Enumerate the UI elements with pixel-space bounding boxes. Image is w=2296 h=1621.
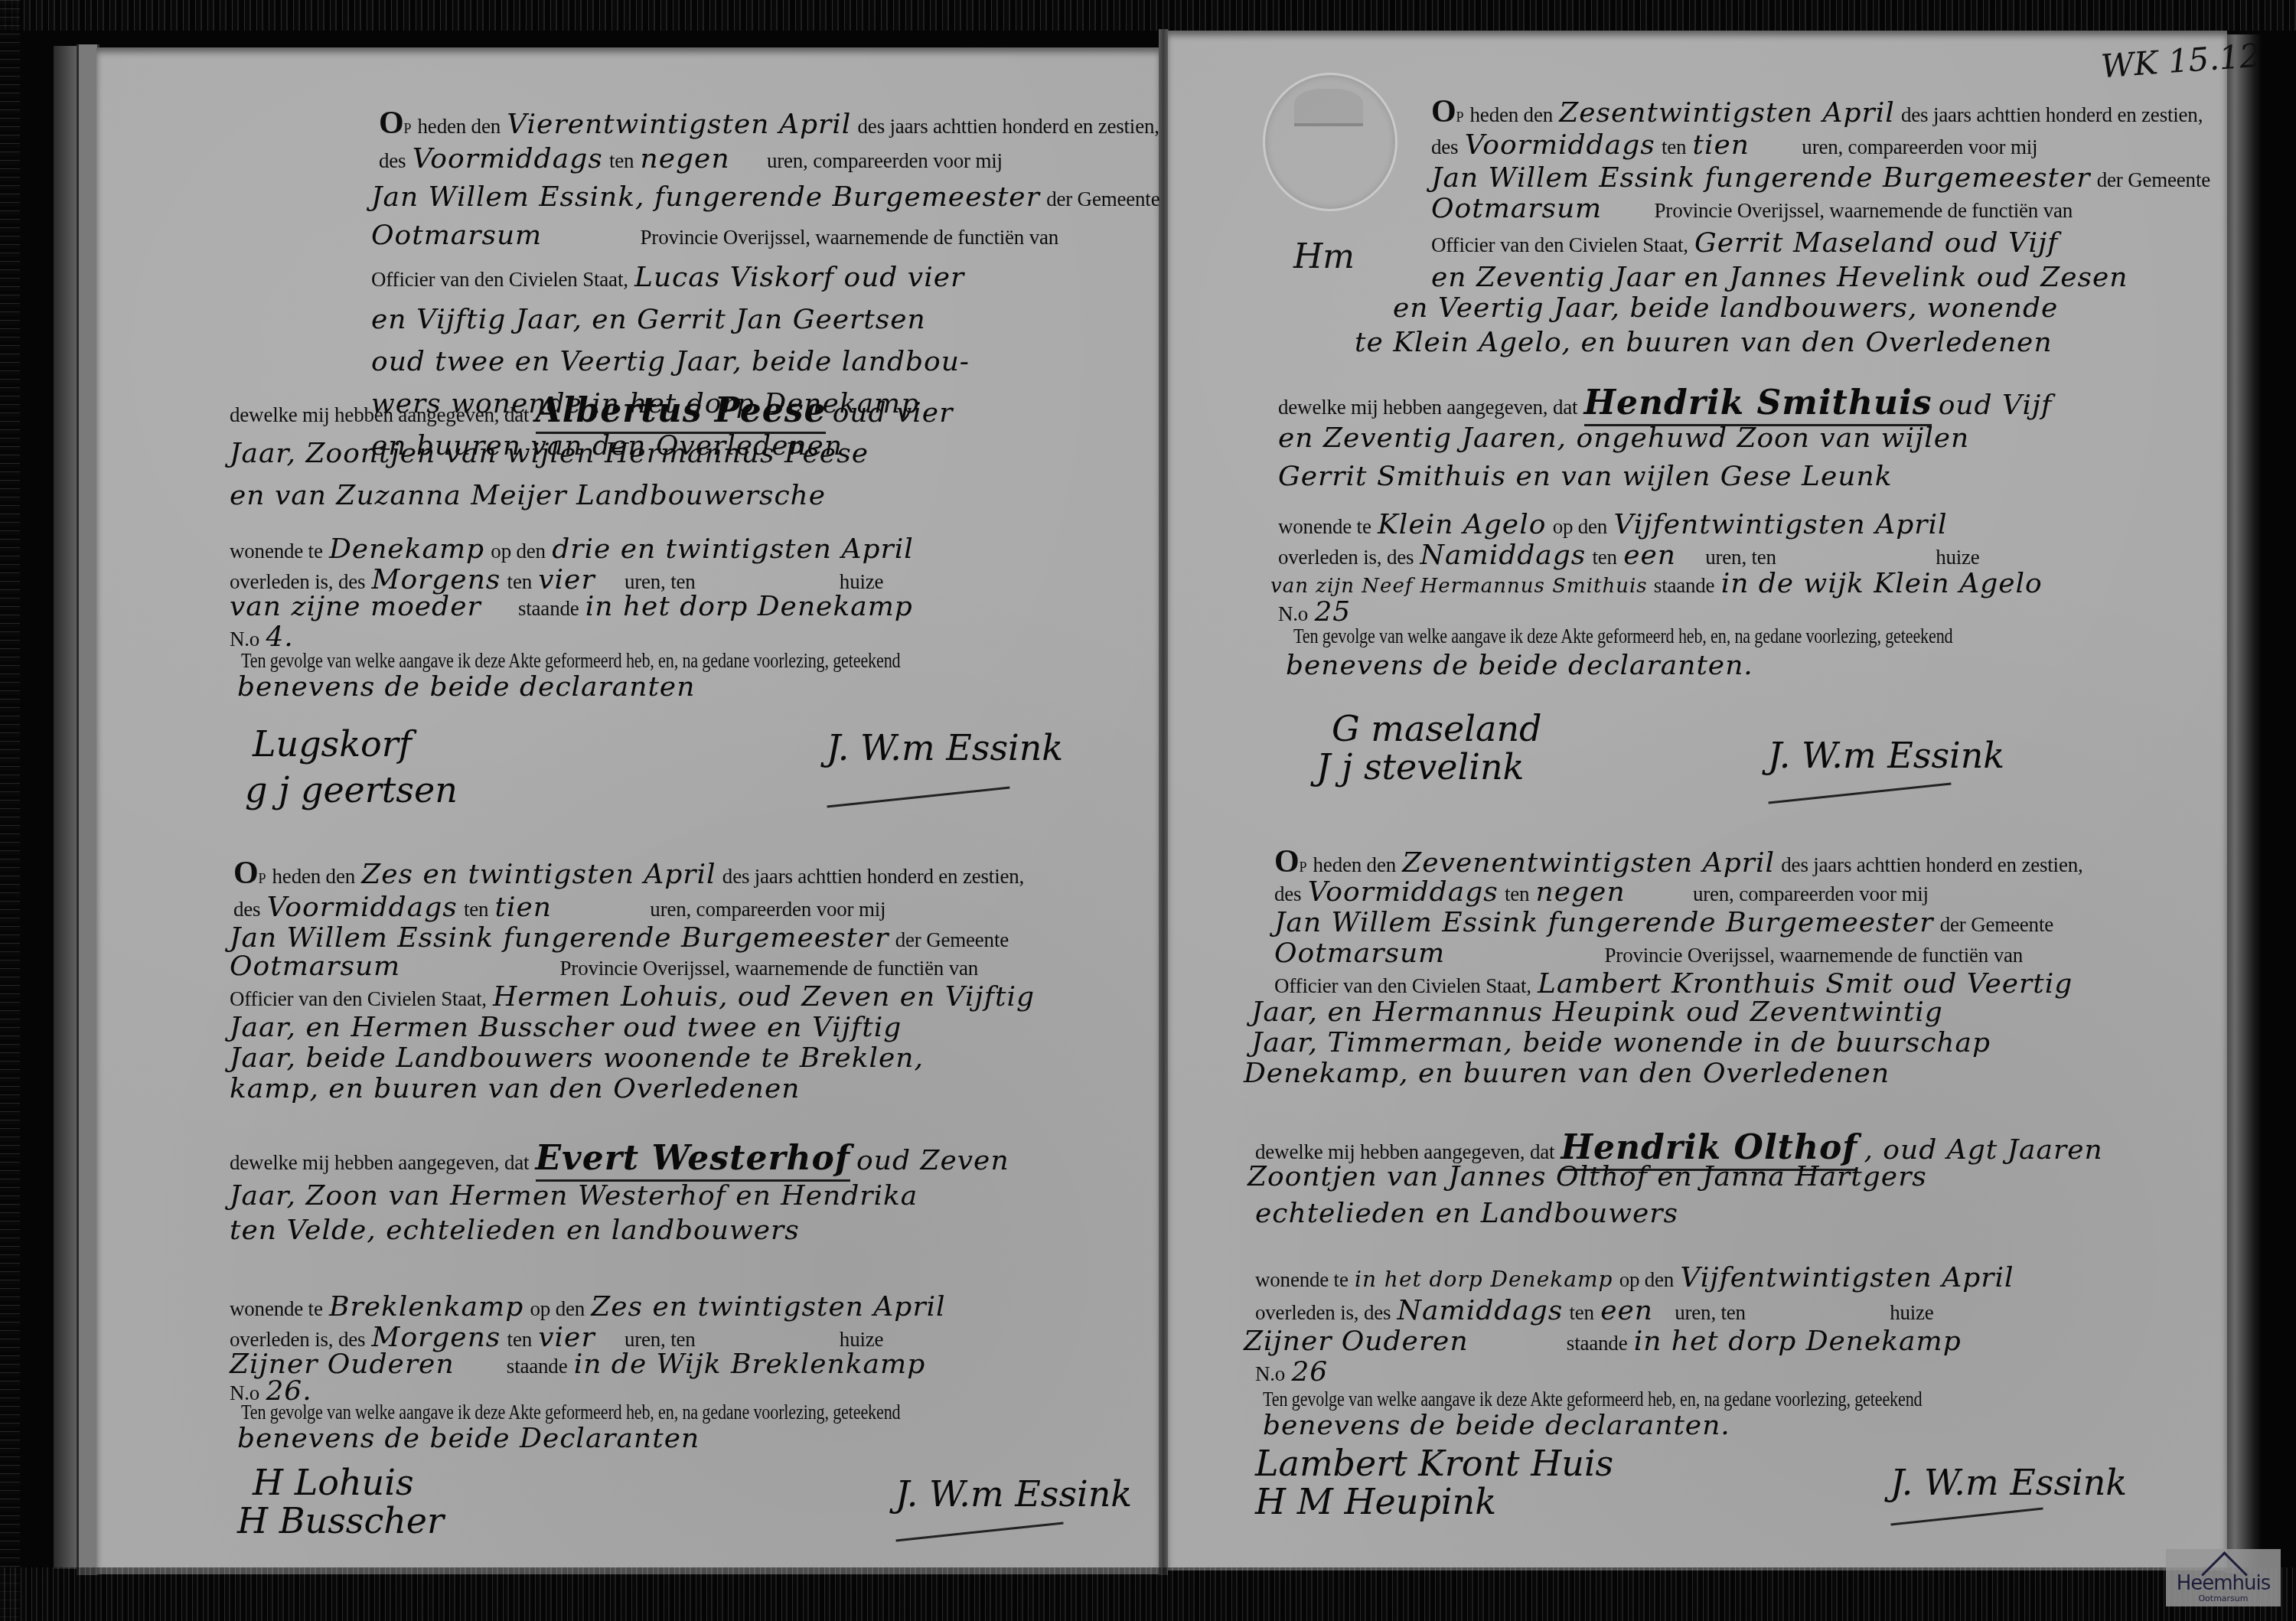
residence: Klein Agelo: [1378, 509, 1546, 540]
deceased-details-2: ten Velde, echtelieden en landbouwers: [230, 1217, 800, 1244]
house-of: van zijne moeder: [230, 591, 481, 622]
witness-line-2: Jaar, en Hermannus Heupink oud Zeventwin…: [1251, 999, 1943, 1026]
hour: negen: [1536, 876, 1626, 908]
municipality: Ootmarsum: [1431, 193, 1602, 224]
closing-handwritten: benevens de beide declaranten: [237, 674, 695, 701]
deceased-details-2: en van Zuzanna Meijer Landbouwersche: [230, 482, 826, 510]
location: in het dorp Denekamp: [1634, 1326, 1962, 1357]
witness-line-2: en Zeventig Jaar en Jannes Hevelink oud …: [1431, 264, 2128, 292]
official: Jan Willem Essink, fungerende Burgemeest…: [371, 181, 1040, 213]
closing-handwritten: benevens de beide declaranten.: [1263, 1412, 1730, 1440]
residence: Breklenkamp: [329, 1291, 523, 1323]
official: Jan Willem Essink fungerende Burgemeeste…: [1431, 162, 2090, 194]
record-date: Zevenentwintigsten April: [1402, 847, 1775, 879]
closing-handwritten: benevens de beide declaranten.: [1286, 652, 1753, 680]
deceased-details-2: Gerrit Smithuis en van wijlen Gese Leunk: [1278, 463, 1892, 491]
residence: Denekamp: [329, 533, 484, 565]
witness-line-1: Hermen Lohuis, oud Zeven en Vijftig: [493, 981, 1035, 1013]
witness-line-4: Denekamp, en buuren van den Overledenen: [1244, 1060, 1890, 1088]
location: in de wijk Klein Agelo: [1721, 568, 2043, 599]
record-date: Zes en twintigsten April: [361, 859, 716, 890]
witness-line-4: kamp, en buuren van den Overledenen: [230, 1075, 800, 1103]
book-gutter: [1159, 29, 1168, 1575]
house-of: Zijner Ouderen: [1244, 1326, 1469, 1357]
witness-signature-1: Lugskorf: [253, 723, 412, 765]
scan-border-left: [0, 0, 20, 1621]
death-date: Vijfentwintigsten April: [1613, 509, 1947, 540]
municipality: Ootmarsum: [371, 220, 542, 251]
location: in de Wijk Breklenkamp: [574, 1349, 925, 1380]
scan-border-top: [0, 0, 2296, 31]
witness-line-3: Jaar, beide Landbouwers woonende te Brek…: [230, 1045, 924, 1072]
crown-icon: [1294, 89, 1363, 126]
death-date: drie en twintigsten April: [552, 533, 914, 565]
record-date-line: OP heden den Vierentwintigsten April des…: [379, 107, 1159, 139]
daypart: Voormiddags: [1308, 876, 1499, 908]
closing-text: Ten gevolge van welke aangave ik deze Ak…: [241, 1402, 900, 1423]
margin-note: Hm: [1293, 237, 1355, 276]
witness-line-1: Lambert Kronthuis Smit oud Veertig: [1538, 968, 2073, 1000]
heemhuis-watermark: Heemhuis Ootmarsum: [2166, 1549, 2281, 1606]
municipality: Ootmarsum: [1274, 938, 1445, 969]
record-date: Zesentwintigsten April: [1559, 97, 1894, 129]
deceased-details-1: Jaar, Zoon van Hermen Westerhof en Hendr…: [230, 1182, 918, 1210]
deceased-name: Evert Westerhof: [536, 1139, 850, 1182]
municipality: Ootmarsum: [230, 951, 400, 982]
death-hour: een: [1623, 540, 1676, 571]
official: Jan Willem Essink fungerende Burgemeeste…: [230, 922, 889, 954]
registrar-signature: J. W.m Essink: [895, 1473, 1132, 1515]
registrar-signature: J. W.m Essink: [827, 727, 1063, 768]
residence: in het dorp Denekamp: [1355, 1267, 1613, 1292]
witness-signature-1: Lambert Kront Huis: [1255, 1443, 1613, 1484]
death-daypart: Namiddags: [1420, 540, 1587, 571]
house-of: van zijn Neef Hermannus Smithuis: [1270, 575, 1648, 598]
death-date: Vijfentwintigsten April: [1680, 1262, 2014, 1293]
hour: tien: [1693, 129, 1750, 161]
witness-line-3: Jaar, Timmerman, beide wonende in de buu…: [1251, 1029, 1991, 1057]
closing-handwritten: benevens de beide Declaranten: [237, 1425, 700, 1453]
house-of: Zijner Ouderen: [230, 1349, 455, 1380]
death-hour: een: [1600, 1295, 1653, 1326]
hour: tien: [495, 892, 552, 923]
deceased-details-1: Zoontjen van Jannes Olthof en Janna Hart…: [1247, 1163, 1927, 1191]
witness-signature-2: H M Heupink: [1255, 1481, 1496, 1522]
deceased-details-1: en Zeventig Jaaren, ongehuwd Zoon van wi…: [1278, 425, 1969, 452]
daypart: Voormiddags: [413, 143, 603, 174]
death-daypart: Namiddags: [1397, 1295, 1564, 1326]
witness-signature-1: H Lohuis: [253, 1462, 414, 1503]
witness-signature-2: H Busscher: [237, 1500, 444, 1541]
deceased-name: Hendrik Smithuis: [1584, 383, 1932, 426]
witness-line-4: te Klein Agelo, en buuren van den Overle…: [1355, 329, 2053, 357]
witness-line-2: Jaar, en Hermen Busscher oud twee en Vij…: [230, 1014, 902, 1042]
death-date: Zes en twintigsten April: [591, 1291, 945, 1323]
hour: negen: [641, 143, 730, 174]
closing-text: Ten gevolge van welke aangave ik deze Ak…: [1293, 626, 1952, 647]
witness-line-1: Gerrit Maseland oud Vijf: [1694, 227, 2058, 259]
witness-line-1: Lucas Viskorf oud vier: [634, 262, 964, 293]
registrar-signature: J. W.m Essink: [1768, 735, 2004, 776]
deceased-name: Albertus Peese: [536, 391, 827, 434]
witness-line-3: en Veertig Jaar, beide landbouwers, wone…: [1393, 295, 2058, 322]
deceased-details-1: Jaar, Zoontjen van wijlen Hermannus Pees…: [230, 440, 869, 468]
witness-signature-2: J j stevelink: [1316, 746, 1524, 788]
registrar-signature: J. W.m Essink: [1890, 1462, 2127, 1503]
closing-text: Ten gevolge van welke aangave ik deze Ak…: [1263, 1389, 1922, 1410]
official: Jan Willem Essink fungerende Burgemeeste…: [1274, 907, 1933, 938]
daypart: Voormiddags: [1465, 129, 1655, 161]
record-number: 26: [1291, 1356, 1328, 1388]
book-cover-edge-right: [2223, 34, 2262, 1573]
witness-signature-1: G maseland: [1332, 708, 1541, 749]
embossed-seal-icon: [1263, 73, 1397, 211]
daypart: Voormiddags: [267, 892, 458, 923]
record-number: 4.: [266, 621, 293, 653]
scan-border-bottom: [0, 1567, 2296, 1621]
witness-line-2: en Vijftig Jaar, en Gerrit Jan Geertsen: [371, 306, 926, 334]
witness-line-3: oud twee en Veertig Jaar, beide landbou-: [371, 348, 970, 376]
deceased-details-2: echtelieden en Landbouwers: [1255, 1200, 1678, 1228]
closing-text: Ten gevolge van welke aangave ik deze Ak…: [241, 651, 900, 671]
record-date: Vierentwintigsten April: [507, 109, 851, 140]
witness-signature-2: g j geertsen: [245, 769, 458, 810]
location: in het dorp Denekamp: [585, 591, 913, 622]
record-number: 25: [1314, 596, 1351, 628]
